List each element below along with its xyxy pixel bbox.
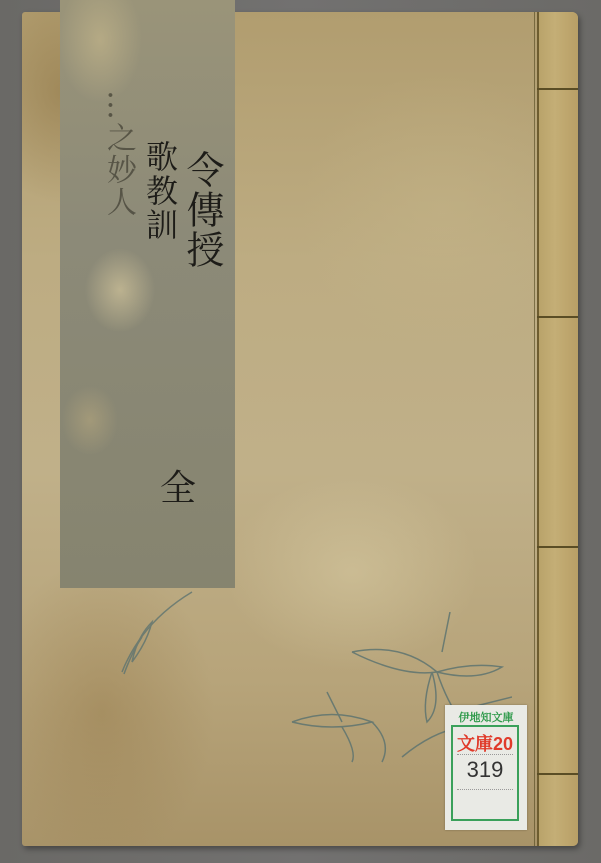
label-collection-code: 文庫20 [453,730,517,756]
title-faded-text: …之妙人 [96,90,140,218]
title-slip: …之妙人 令傳授 歌教訓 全 [60,0,235,588]
title-main: 令傳授 [180,150,224,270]
leaf-sketch-icon [102,582,222,692]
binding-thread [537,546,578,548]
label-frame: 文庫20 319 [451,725,519,821]
volume-mark: 全 [160,460,196,511]
binding-thread [537,773,578,775]
label-header: 伊地知文庫 [445,709,527,725]
label-dotted-line [457,789,513,790]
label-item-number: 319 [453,757,517,783]
book-cover: …之妙人 令傳授 歌教訓 全 伊地知文庫 文庫20 [22,12,578,846]
binding-thread [537,88,578,90]
label-dotted-line [457,754,513,755]
library-call-number-label: 伊地知文庫 文庫20 319 [445,705,527,830]
title-subtitle: 歌教訓 [138,140,182,242]
spine-fold-line [534,12,535,846]
binding-thread [537,316,578,318]
binding-spine [537,12,578,846]
